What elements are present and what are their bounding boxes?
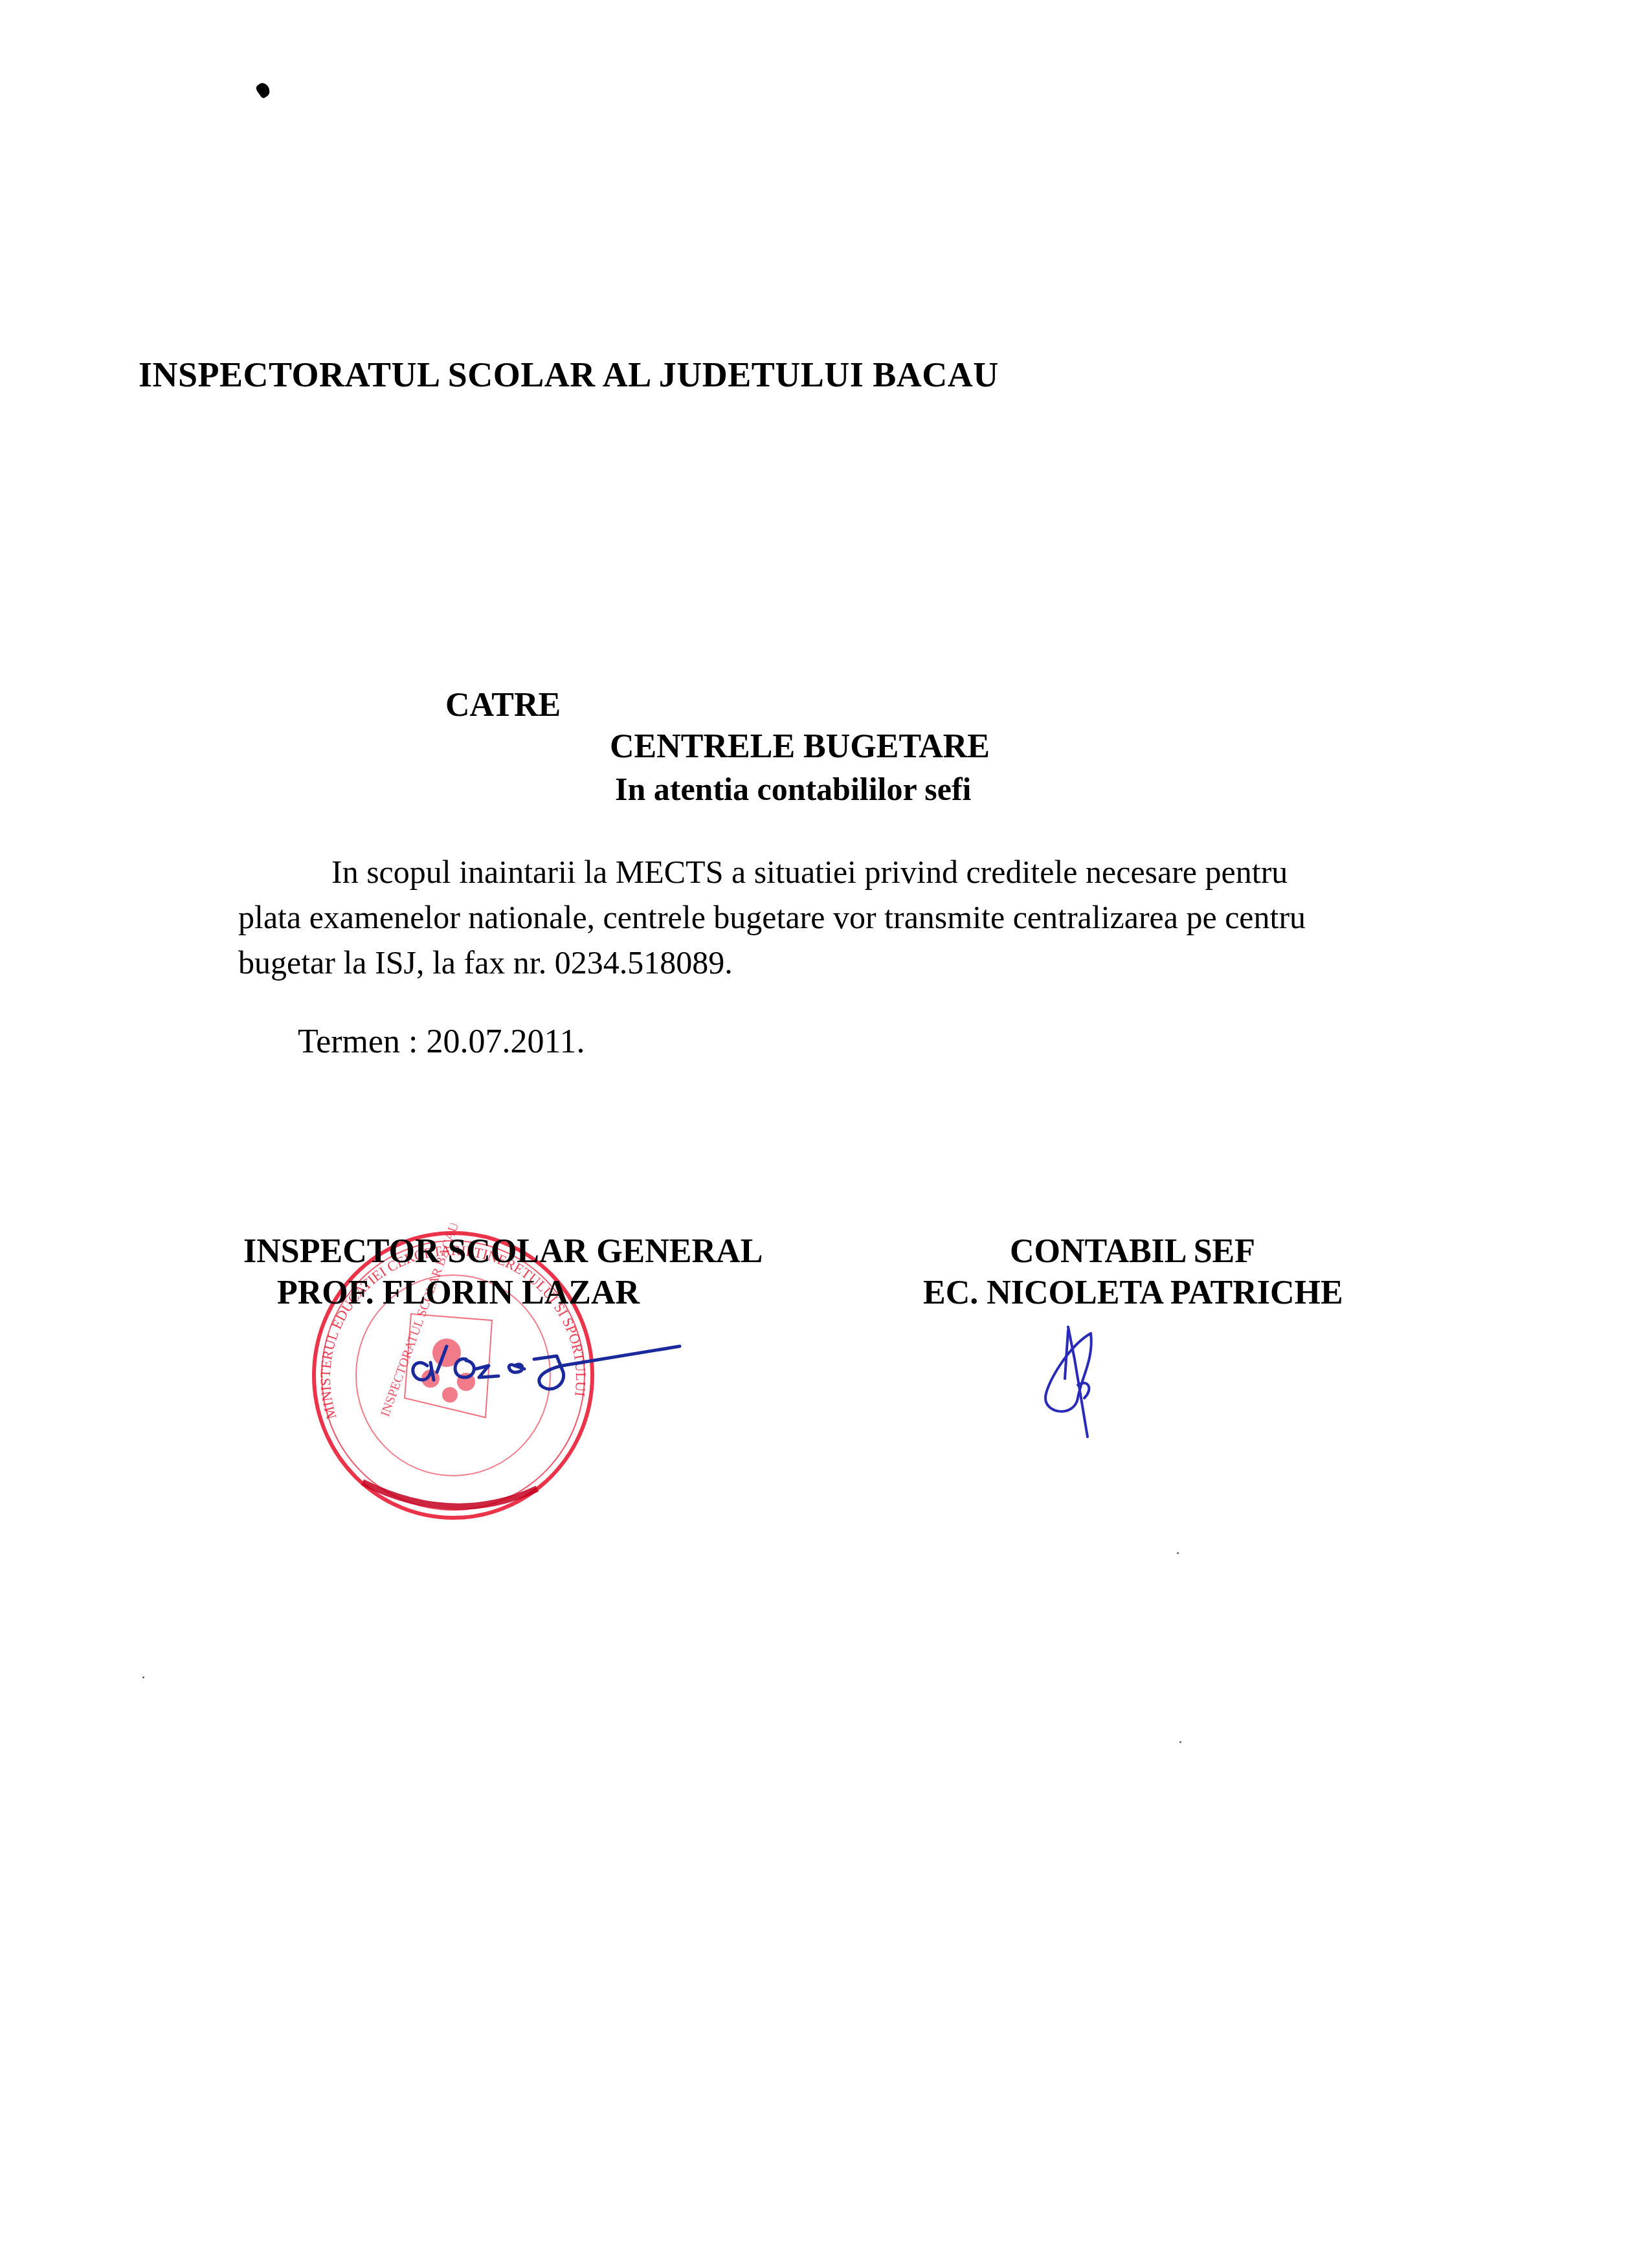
signatory-right-name: EC. NICOLETA PATRICHE — [923, 1274, 1343, 1312]
deadline: Termen : 20.07.2011. — [298, 1023, 585, 1061]
body-line-1: In scopul inaintarii la MECTS a situatie… — [331, 853, 1288, 891]
scan-speck — [254, 81, 272, 99]
signatory-right-title: CONTABIL SEF — [1010, 1232, 1255, 1271]
signatory-left-title: INSPECTOR SCOLAR GENERAL — [243, 1232, 763, 1271]
body-line-3: bugetar la ISJ, la fax nr. 0234.518089. — [238, 944, 733, 981]
scan-dot — [1179, 1741, 1181, 1743]
handwritten-signature-right-icon — [1042, 1320, 1120, 1463]
scan-dot — [1177, 1552, 1179, 1554]
recipient-name: CENTRELE BUGETARE — [610, 728, 990, 766]
recipient-label: CATRE — [445, 686, 561, 724]
organization-header: INSPECTORATUL SCOLAR AL JUDETULUI BACAU — [139, 355, 999, 395]
body-line-2: plata examenelor nationale, centrele bug… — [238, 898, 1306, 936]
recipient-attention: In atentia contabililor sefi — [615, 770, 971, 808]
handwritten-signature-left-icon — [401, 1320, 686, 1411]
scan-dot — [142, 1676, 144, 1678]
signatory-left-name: PROF. FLORIN LAZAR — [277, 1274, 640, 1312]
document-page: MINISTERUL EDUCATIEI CERCETARII TINERETU… — [0, 0, 1652, 2255]
